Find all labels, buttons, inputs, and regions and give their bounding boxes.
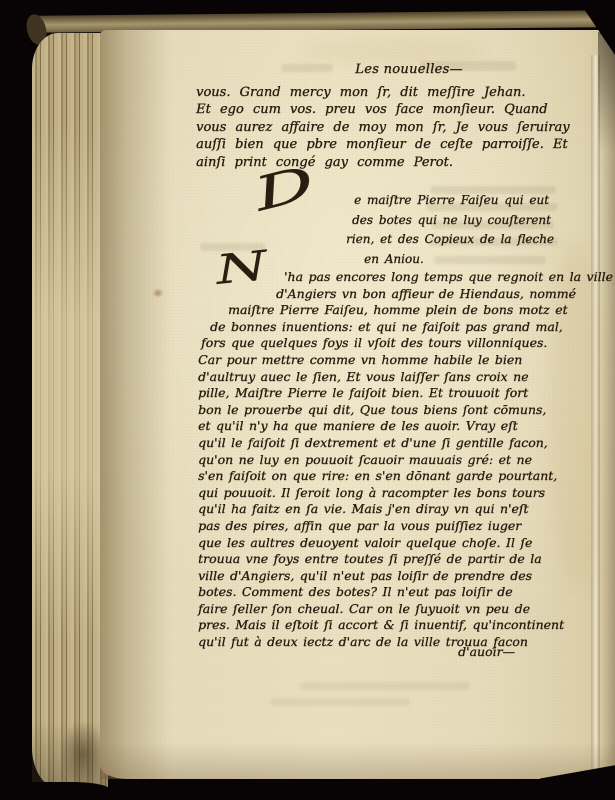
body-line: que les aultres deuoyent valoir quelque … <box>198 535 572 552</box>
catchword: d'auoir— <box>458 644 515 659</box>
opening-paragraph: vous. Grand mercy mon ſr, dit meſſire Je… <box>196 84 568 171</box>
chapter-heading-line: rien, et des Copieux de la fleche <box>346 230 546 250</box>
body-line: botes. Comment des botes? Il n'eut pas l… <box>198 584 572 601</box>
opening-paragraph-line: vous. Grand mercy mon ſr, dit meſſire Je… <box>196 84 568 101</box>
body-line: d'Angiers vn bon affieur de Hiendaus, no… <box>276 286 572 303</box>
body-line: d'aultruy auec le ſien, Et vous laiſſer … <box>198 369 572 386</box>
body-line: qu'il ha faitz en ſa vie. Mais j'en dira… <box>198 501 572 518</box>
body-line: bon le prouerbe qui dit, Que tous biens … <box>198 402 572 419</box>
body-line: pas des pires, affin que par la vous pui… <box>198 518 572 535</box>
body-line: maiſtre Pierre Faiſeu, homme plein de bo… <box>228 302 572 319</box>
chapter-heading-line: des botes qui ne luy couſterent <box>352 211 546 231</box>
photo-dark-corner <box>18 782 113 800</box>
body-line: pres. Mais il eſtoit ſi accort & ſi inue… <box>198 617 572 634</box>
body-line: 'ha pas encores long temps que regnoit e… <box>284 269 572 286</box>
chapter-heading-line: en Aniou. <box>364 250 546 270</box>
body-line: faire ſeller ſon cheual. Car on le ſuyuo… <box>198 601 572 618</box>
body-paragraph: 'ha pas encores long temps que regnoit e… <box>198 269 572 651</box>
body-line: fors que quelques foys il vſoit des tour… <box>201 335 572 352</box>
opening-paragraph-line: Et ego cum vos. preu vos face monſieur. … <box>196 101 568 118</box>
page-stack-edges <box>32 33 108 790</box>
bottom-edge-shade <box>100 742 615 779</box>
body-line: ville d'Angiers, qu'il n'eut pas loiſir … <box>198 568 572 585</box>
body-line: de bonnes inuentions: et qui ne faiſoit … <box>210 319 572 336</box>
body-line: s'en faiſoit on que rire: en s'en dōnant… <box>198 468 572 485</box>
body-line: pille, Maiſtre Pierre le faiſoit bien. E… <box>198 385 572 402</box>
body-line: qu'il le faiſoit ſi dextrement et d'une … <box>198 435 572 452</box>
fox-spot-stain <box>152 288 164 298</box>
show-through-text <box>300 682 470 690</box>
chapter-heading-line: e maiſtre Pierre Faiſeu qui eut <box>354 191 546 211</box>
body-line: et qu'il n'y ha que maniere de les auoir… <box>198 418 572 435</box>
body-line: qu'on ne luy en pouuoit ſcauoir mauuais … <box>198 452 572 469</box>
body-line: qui pouuoit. Il ſeroit long à racompter … <box>198 485 572 502</box>
body-line: trouua vne foys entre toutes ſi preſſé d… <box>198 551 572 568</box>
opening-paragraph-line: vous aurez affaire de moy mon ſr, Je vou… <box>196 119 568 136</box>
show-through-text <box>270 698 410 706</box>
body-line: qu'il fut à deux iectz d'arc de la ville… <box>198 634 572 651</box>
gutter-shadow <box>100 30 170 779</box>
chapter-heading: e maiſtre Pierre Faiſeu qui eutdes botes… <box>346 191 546 269</box>
book-photograph: Les nouuelles— vous. Grand mercy mon ſr,… <box>0 0 615 800</box>
opening-paragraph-line: auſſi bien que pbre monſieur de ceſte pa… <box>196 136 568 153</box>
running-title: Les nouuelles— <box>334 62 484 77</box>
chapter-initial-letter: D <box>250 159 318 218</box>
body-line: Car pour mettre comme vn homme habile le… <box>198 352 572 369</box>
show-through-text <box>281 64 333 72</box>
